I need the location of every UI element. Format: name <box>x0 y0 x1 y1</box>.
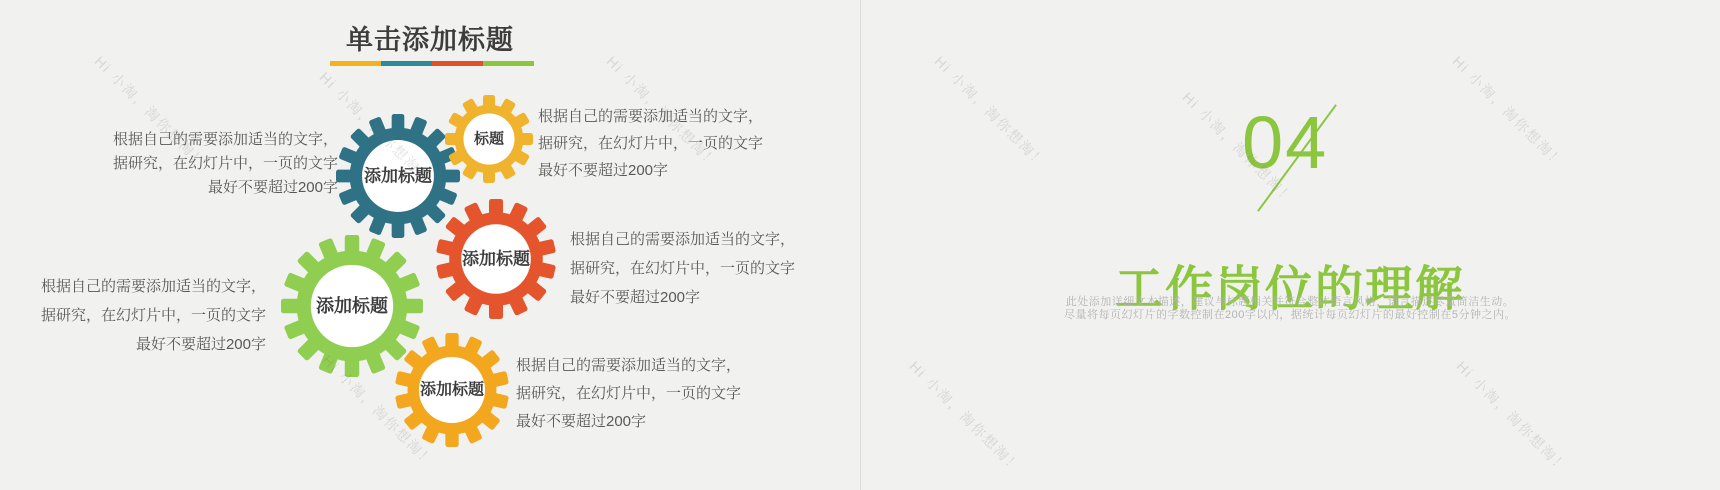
text-block-top-left: 根据自己的需要添加适当的文字， 据研究，在幻灯片中，一页的文字 最好不要超过20… <box>58 128 338 200</box>
text-block-mid-right: 根据自己的需要添加适当的文字， 据研究，在幻灯片中，一页的文字 最好不要超过20… <box>570 225 840 312</box>
underline-segment <box>381 61 432 66</box>
gear-shape: 添加标题 <box>432 195 560 323</box>
gear-label: 添加标题 <box>364 166 432 186</box>
gear-shape: 添加标题 <box>391 329 513 451</box>
gear-label: 添加标题 <box>316 295 388 316</box>
text-block-top-right: 根据自己的需要添加适当的文字， 据研究，在幻灯片中，一页的文字 最好不要超过20… <box>538 103 808 184</box>
underline-segment <box>483 61 534 66</box>
gear-label: 添加标题 <box>420 380 484 399</box>
gear-shape: 标题 <box>441 91 537 187</box>
text-block-mid-left: 根据自己的需要添加适当的文字， 据研究，在幻灯片中，一页的文字 最好不要超过20… <box>6 272 266 359</box>
watermark-text: Hi 小淘，淘你想淘！ <box>905 356 1026 477</box>
gear-label: 添加标题 <box>462 249 530 269</box>
section-number: 04 <box>1242 106 1328 180</box>
watermark-text: Hi 小淘，淘你想淘！ <box>1448 51 1569 172</box>
title-underline <box>330 61 534 66</box>
watermark-text: Hi 小淘，淘你想淘！ <box>1452 356 1573 477</box>
slide-divider <box>860 0 861 490</box>
watermark-text: Hi 小淘，淘你想淘！ <box>930 51 1051 172</box>
underline-segment <box>432 61 483 66</box>
presentation-preview: 单击添加标题 添加标题标题添加标题添加标题添加标题 根据自己的需要添加适当的文字… <box>0 0 1720 490</box>
slide1-title: 单击添加标题 <box>280 18 580 57</box>
underline-segment <box>330 61 381 66</box>
gear-label: 标题 <box>473 130 504 148</box>
slide2-description: 此处添加详细文本描述，建议与标题相关并符合整体语言风格，语言描述尽量简洁生动。 … <box>940 296 1640 322</box>
text-block-bottom-right: 根据自己的需要添加适当的文字， 据研究，在幻灯片中，一页的文字 最好不要超过20… <box>516 352 786 436</box>
